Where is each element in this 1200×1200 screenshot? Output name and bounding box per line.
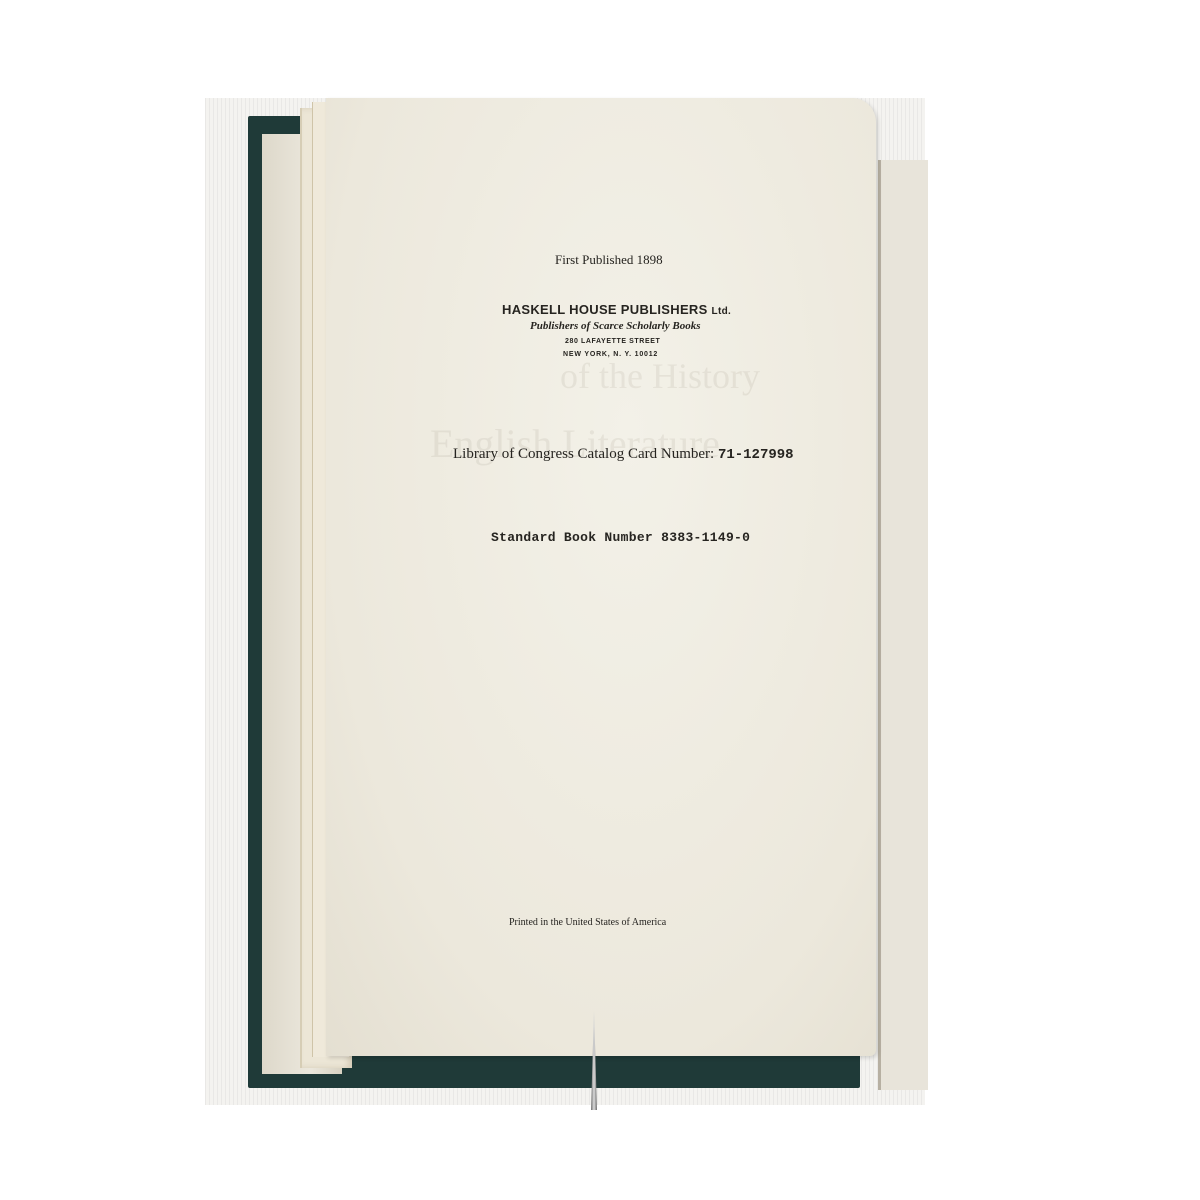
lccn-value: 71-127998 [718,447,794,463]
publisher-tagline: Publishers of Scarce Scholarly Books [530,320,701,332]
printed-in: Printed in the United States of America [509,917,666,928]
copyright-page [326,98,876,1056]
publisher-name: HASKELL HOUSE PUBLISHERS Ltd. [502,302,731,317]
lccn-label: Library of Congress Catalog Card Number: [453,446,714,462]
first-published: First Published 1898 [555,252,663,268]
sbn-line: Standard Book Number 8383-1149-0 [491,530,750,545]
publisher-suffix: Ltd. [712,306,732,317]
publisher-city: NEW YORK, N. Y. 10012 [563,351,658,358]
sbn-label: Standard Book Number [491,530,653,545]
publisher-name-text: HASKELL HOUSE PUBLISHERS [502,302,708,317]
lccn-line: Library of Congress Catalog Card Number:… [453,446,794,463]
publisher-street: 280 LAFAYETTE STREET [565,338,660,345]
sbn-value: 8383-1149-0 [661,530,750,545]
show-through-text: of the History [560,355,760,397]
facing-page [878,160,928,1090]
